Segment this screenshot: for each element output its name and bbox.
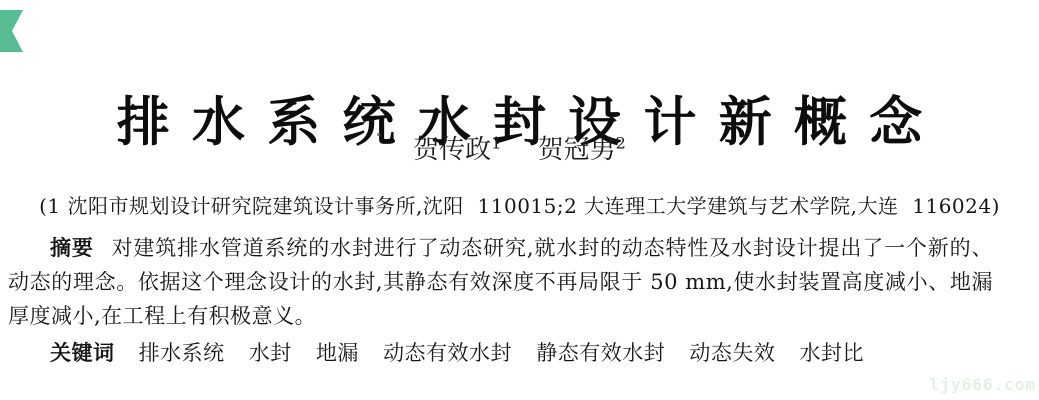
author-line: 贺传政1 贺冠男2 — [0, 129, 1039, 166]
keywords-label: 关键词 — [50, 341, 115, 365]
author-1-name: 贺传政 — [413, 135, 491, 165]
abstract-paragraph: 摘要对建筑排水管道系统的水封进行了动态研究,就水封的动态特性及水封设计提出了一个… — [8, 231, 993, 333]
keywords-line: 关键词排水系统水封地漏动态有效水封静态有效水封动态失效水封比 — [8, 337, 993, 367]
keyword-item: 动态失效 — [689, 341, 775, 365]
scanned-paper-page: 排水系统水封设计新概念 贺传政1 贺冠男2 (1 沈阳市规划设计研究院建筑设计事… — [0, 0, 1039, 400]
author-2-superscript: 2 — [616, 133, 626, 152]
keyword-item: 静态有效水封 — [536, 341, 665, 365]
affiliation-line: (1 沈阳市规划设计研究院建筑设计事务所,沈阳 110015;2 大连理工大学建… — [0, 190, 1039, 219]
keyword-item: 动态有效水封 — [383, 341, 512, 365]
site-watermark: ljy666.com — [930, 375, 1036, 394]
keyword-item: 水封 — [249, 341, 292, 365]
author-2: 贺冠男2 — [538, 135, 626, 165]
corner-ribbon-icon — [0, 10, 23, 52]
keyword-item: 地漏 — [316, 341, 359, 365]
author-1: 贺传政1 — [413, 135, 501, 165]
keyword-item: 水封比 — [799, 341, 864, 365]
author-2-name: 贺冠男 — [538, 135, 616, 165]
keyword-item: 排水系统 — [139, 341, 225, 365]
abstract-text: 对建筑排水管道系统的水封进行了动态研究,就水封的动态特性及水封设计提出了一个新的… — [8, 236, 993, 328]
author-1-superscript: 1 — [491, 133, 501, 152]
abstract-label: 摘要 — [50, 236, 94, 260]
